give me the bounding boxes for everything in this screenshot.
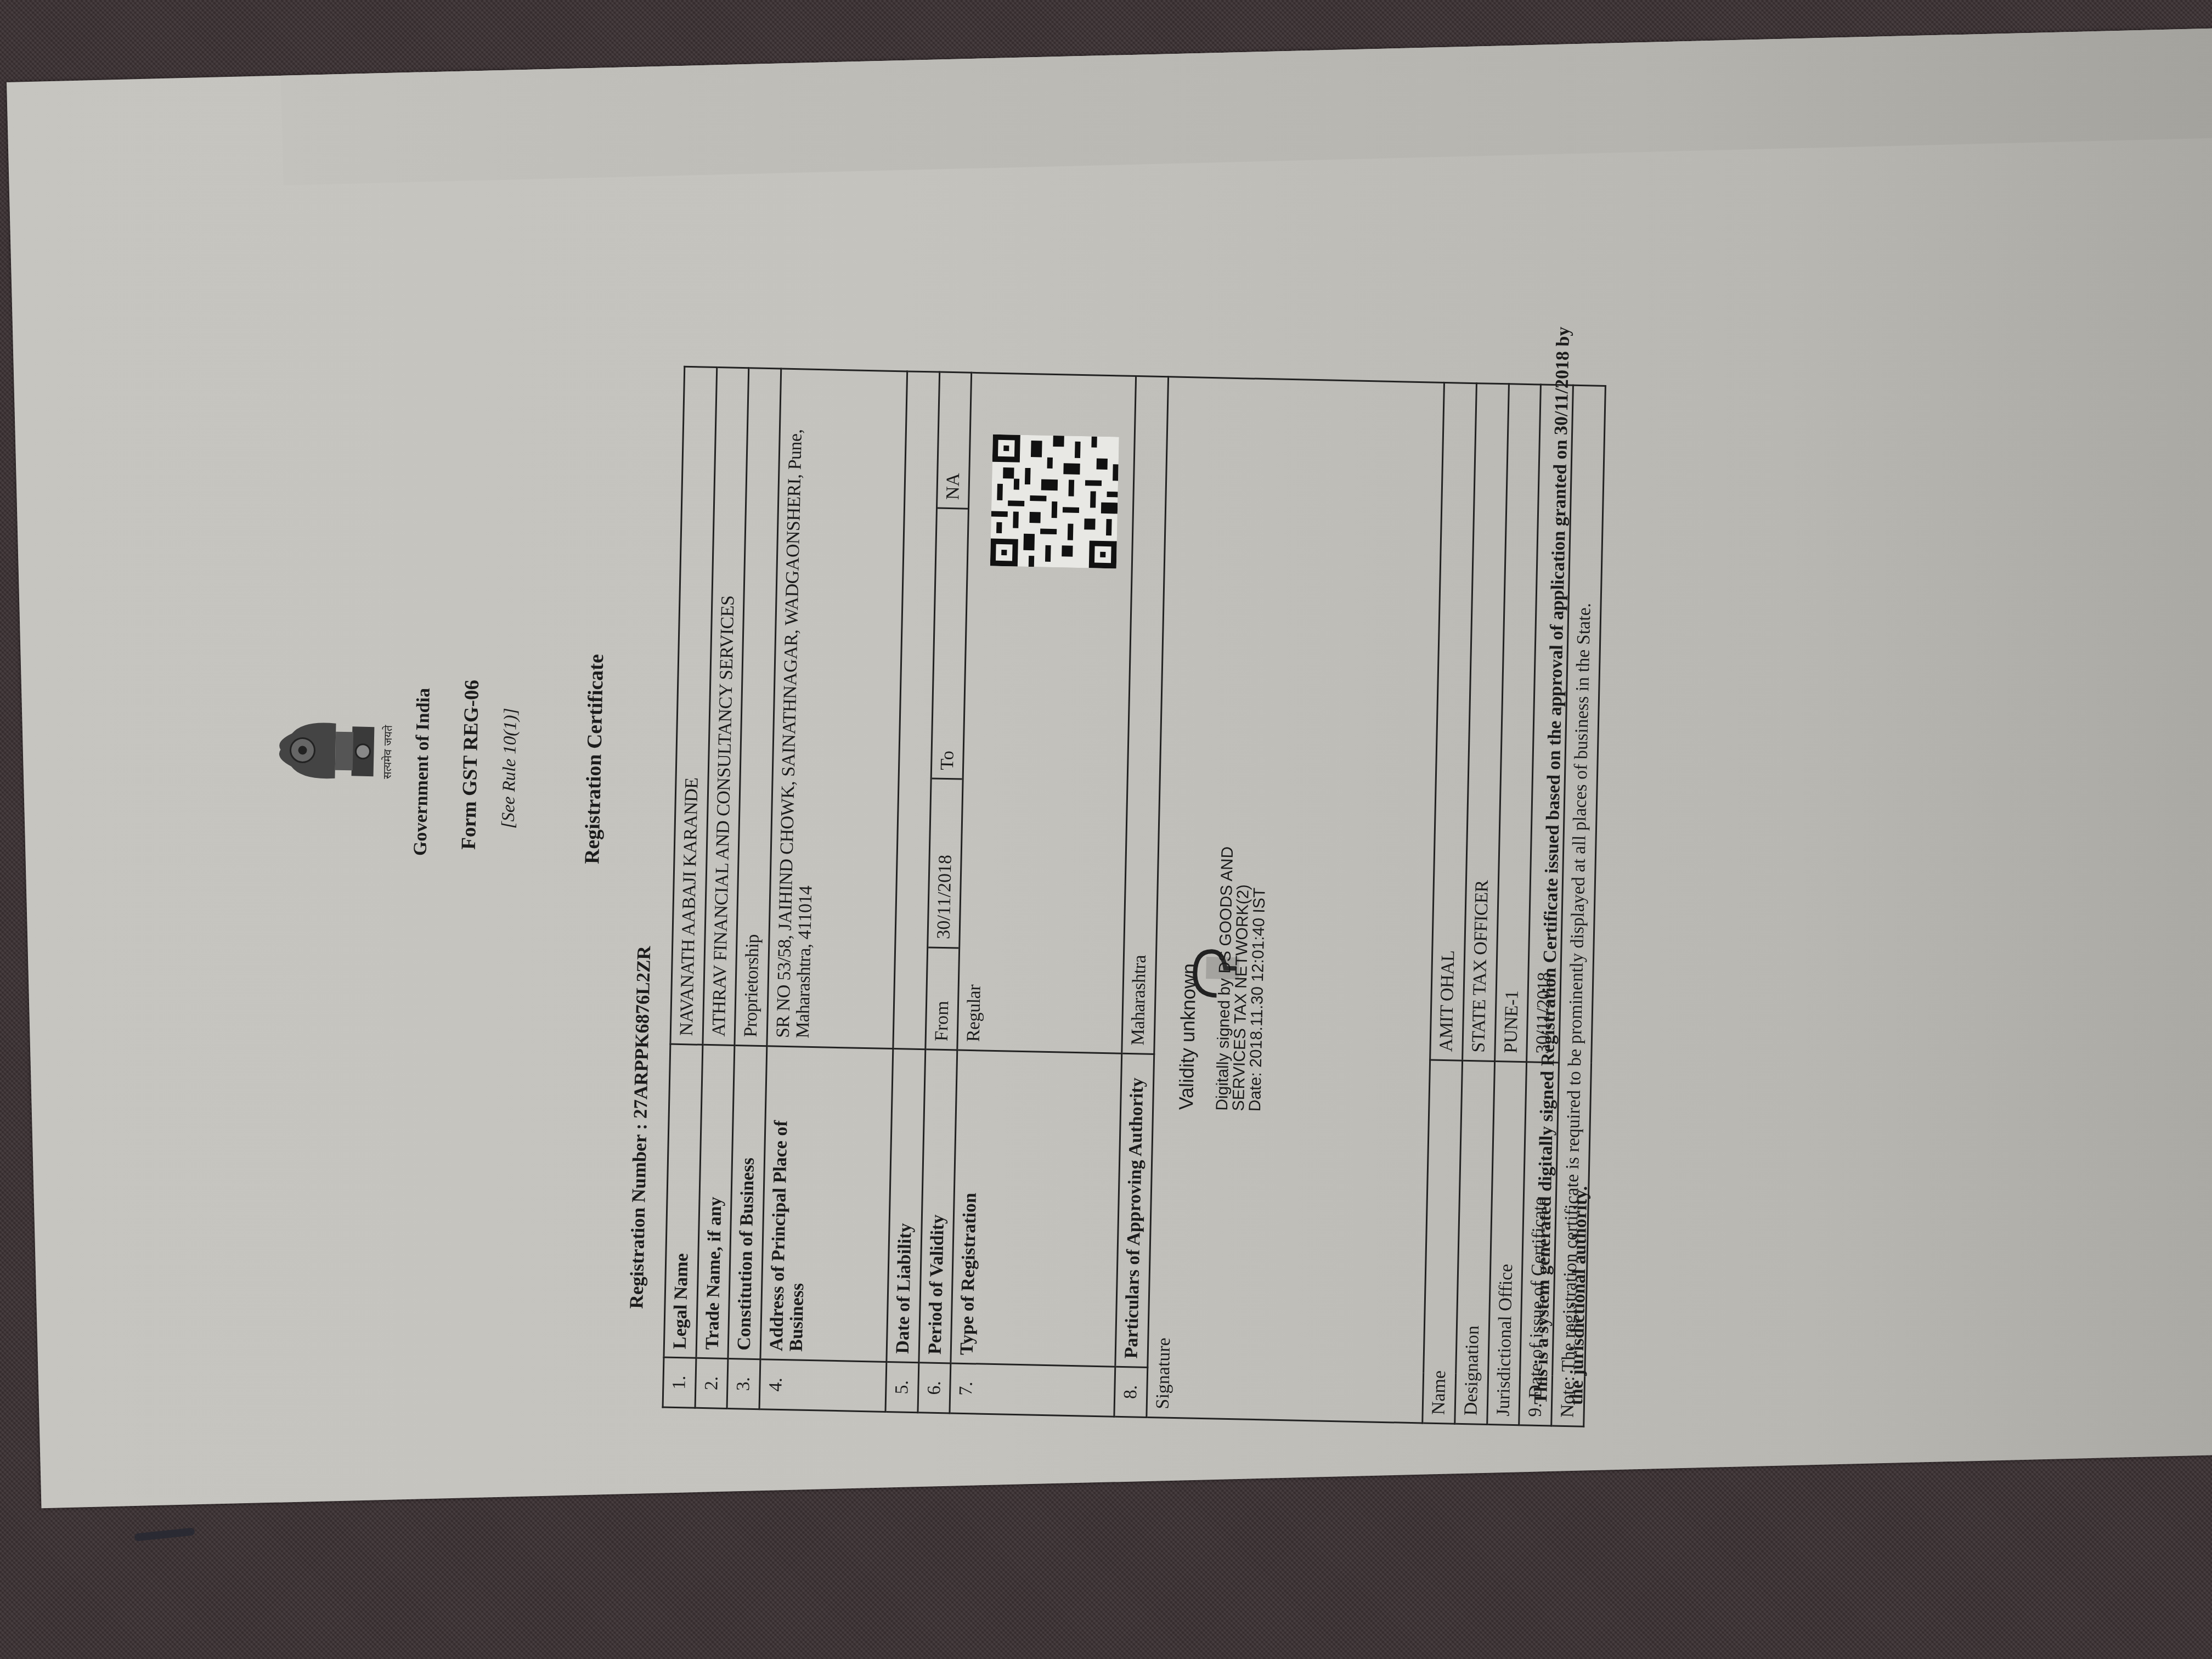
- signature-label: Signature: [1153, 1338, 1175, 1409]
- registration-type-cell: Regular: [957, 373, 1136, 1053]
- to-label: To: [932, 508, 968, 779]
- address-value: SR NO 53/58, JAIHIND CHOWK, SAINATHNAGAR…: [767, 369, 907, 1049]
- qr-code-icon: [990, 435, 1119, 569]
- pen-mark: [134, 1527, 195, 1541]
- row-number: 4.: [759, 1359, 887, 1412]
- registration-type-value: Regular: [963, 985, 985, 1042]
- to-value: NA: [938, 373, 971, 509]
- from-label: From: [926, 947, 959, 1049]
- row-number: 7.: [950, 1363, 1115, 1417]
- svg-text:सत्यमेव जयते: सत्यमेव जयते: [380, 725, 394, 779]
- certificate-table: 1. Legal Name NAVANATH AABAJI KARANDE 2.…: [662, 366, 1606, 1427]
- table-row: 7. Type of Registration Regular: [950, 373, 1136, 1417]
- registration-certificate: सत्यमेव जयते Government of India Form GS…: [230, 0, 1854, 1608]
- system-generated-footer: This is a system generated digitally sig…: [1523, 198, 1620, 1406]
- row-number: 5.: [885, 1362, 919, 1412]
- row-number: 6.: [918, 1363, 951, 1413]
- row-number: 3.: [727, 1358, 760, 1409]
- government-heading: Government of India: [394, 0, 450, 1595]
- certificate-title: Registration Certificate: [565, 0, 624, 1582]
- row-label: Address of Principal Place of Business: [760, 1046, 893, 1362]
- row-label: Type of Registration: [951, 1050, 1122, 1367]
- national-emblem-icon: सत्यमेव जयते: [269, 708, 397, 793]
- registration-number: Registration Number : 27ARPPK6876L2ZR: [625, 946, 655, 1309]
- signature-row: Signature Validity unknown Digitally sig…: [1147, 377, 1444, 1423]
- from-value: 30/11/2018: [928, 778, 962, 948]
- row-number: 1.: [663, 1357, 696, 1408]
- digital-signature-block: Digitally signed by DS GOODS AND SERVICE…: [1214, 847, 1269, 1112]
- table-row: 4. Address of Principal Place of Busines…: [759, 369, 907, 1412]
- signature-cell: Signature Validity unknown Digitally sig…: [1147, 377, 1444, 1423]
- row-number: 8.: [1114, 1367, 1148, 1417]
- row-number: 2.: [695, 1358, 729, 1408]
